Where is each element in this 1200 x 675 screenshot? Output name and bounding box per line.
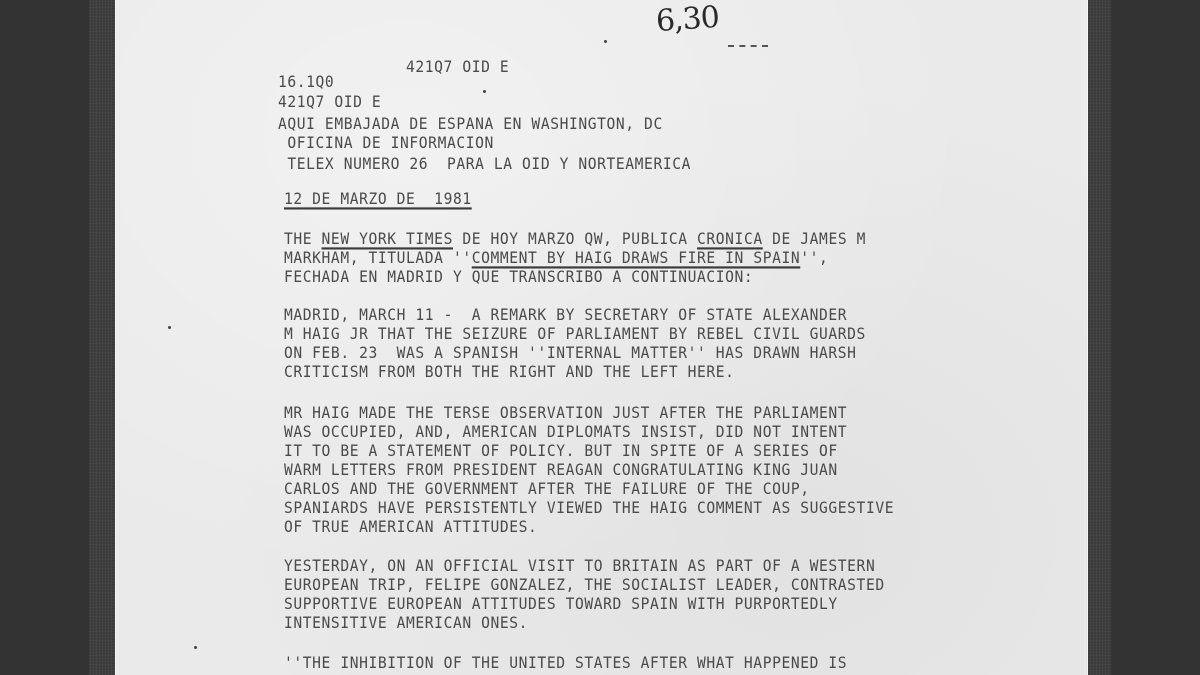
paragraph-3: YESTERDAY, ON AN OFFICIAL VISIT TO BRITA… [284,556,885,632]
header-line-office: OFICINA DE INFORMACION [278,133,494,154]
paragraph-line: IT TO BE A STATEMENT OF POLICY. BUT IN S… [284,441,894,462]
intro-line-1: THE NEW YORK TIMES DE HOY MARZO QW, PUBL… [284,229,866,250]
document-date: 12 DE MARZO DE 1981 [284,189,472,210]
ink-speck [483,90,486,93]
paragraph-line: WARM LETTERS FROM PRESIDENT REAGAN CONGR… [284,460,894,481]
intro-text: DE HOY MARZO QW, PUBLICA [453,230,697,248]
paragraph-line: SPANIARDS HAVE PERSISTENTLY VIEWED THE H… [284,498,894,519]
intro-line-3: FECHADA EN MADRID Y QUE TRANSCRIBO A CON… [284,267,753,288]
paragraph-line: EUROPEAN TRIP, FELIPE GONZALEZ, THE SOCI… [284,575,885,596]
paragraph-line: MR HAIG MADE THE TERSE OBSERVATION JUST … [284,403,894,424]
scan-border-right [1086,0,1111,675]
header-line-time: 16.1Q0 [278,72,334,93]
header-line-reference: 421Q7 OID E [278,92,381,113]
header-line-sender: AQUI EMBAJADA DE ESPANA EN WASHINGTON, D… [278,114,663,135]
paragraph-line: ON FEB. 23 WAS A SPANISH ''INTERNAL MATT… [284,343,866,364]
intro-line-2: MARKHAM, TITULADA ''COMMENT BY HAIG DRAW… [284,248,828,269]
paragraph-line: YESTERDAY, ON AN OFFICIAL VISIT TO BRITA… [284,556,885,577]
header-line-telex: TELEX NUMERO 26 PARA LA OID Y NORTEAMERI… [278,154,691,175]
paragraph-2: MR HAIG MADE THE TERSE OBSERVATION JUST … [284,403,894,536]
article-title: COMMENT BY HAIG DRAWS FIRE IN SPAIN [472,249,801,267]
paragraph-line: ''THE INHIBITION OF THE UNITED STATES AF… [284,653,847,674]
paragraph-line: INTENSITIVE AMERICAN ONES. [284,613,885,634]
handwritten-note: 6,30 [655,0,720,39]
newspaper-name: NEW YORK TIMES [322,230,453,248]
telex-document-page: 6,30 421Q7 OID E 16.1Q0 421Q7 OID E AQUI… [115,0,1088,675]
handwritten-dash [728,45,768,47]
paragraph-4: ''THE INHIBITION OF THE UNITED STATES AF… [284,653,847,672]
ink-speck [604,40,607,43]
intro-text: THE [284,230,322,248]
ink-speck [168,326,171,329]
paragraph-line: CARLOS AND THE GOVERNMENT AFTER THE FAIL… [284,479,894,500]
paragraph-line: SUPPORTIVE EUROPEAN ATTITUDES TOWARD SPA… [284,594,885,615]
document-date-text: 12 DE MARZO DE 1981 [284,190,472,208]
paragraph-line: MADRID, MARCH 11 - A REMARK BY SECRETARY… [284,305,866,326]
intro-text: '', [800,249,828,267]
cronica-word: CRONICA [697,230,763,248]
paragraph-1: MADRID, MARCH 11 - A REMARK BY SECRETARY… [284,305,866,381]
paragraph-line: OF TRUE AMERICAN ATTITUDES. [284,517,894,538]
header-reference-top: 421Q7 OID E [406,57,509,78]
ink-speck [194,646,197,649]
intro-text: MARKHAM, TITULADA '' [284,249,472,267]
intro-text: DE JAMES M [763,230,866,248]
paragraph-line: M HAIG JR THAT THE SEIZURE OF PARLIAMENT… [284,324,866,345]
paragraph-line: CRITICISM FROM BOTH THE RIGHT AND THE LE… [284,362,866,383]
paragraph-line: WAS OCCUPIED, AND, AMERICAN DIPLOMATS IN… [284,422,894,443]
scan-border-left [89,0,115,675]
